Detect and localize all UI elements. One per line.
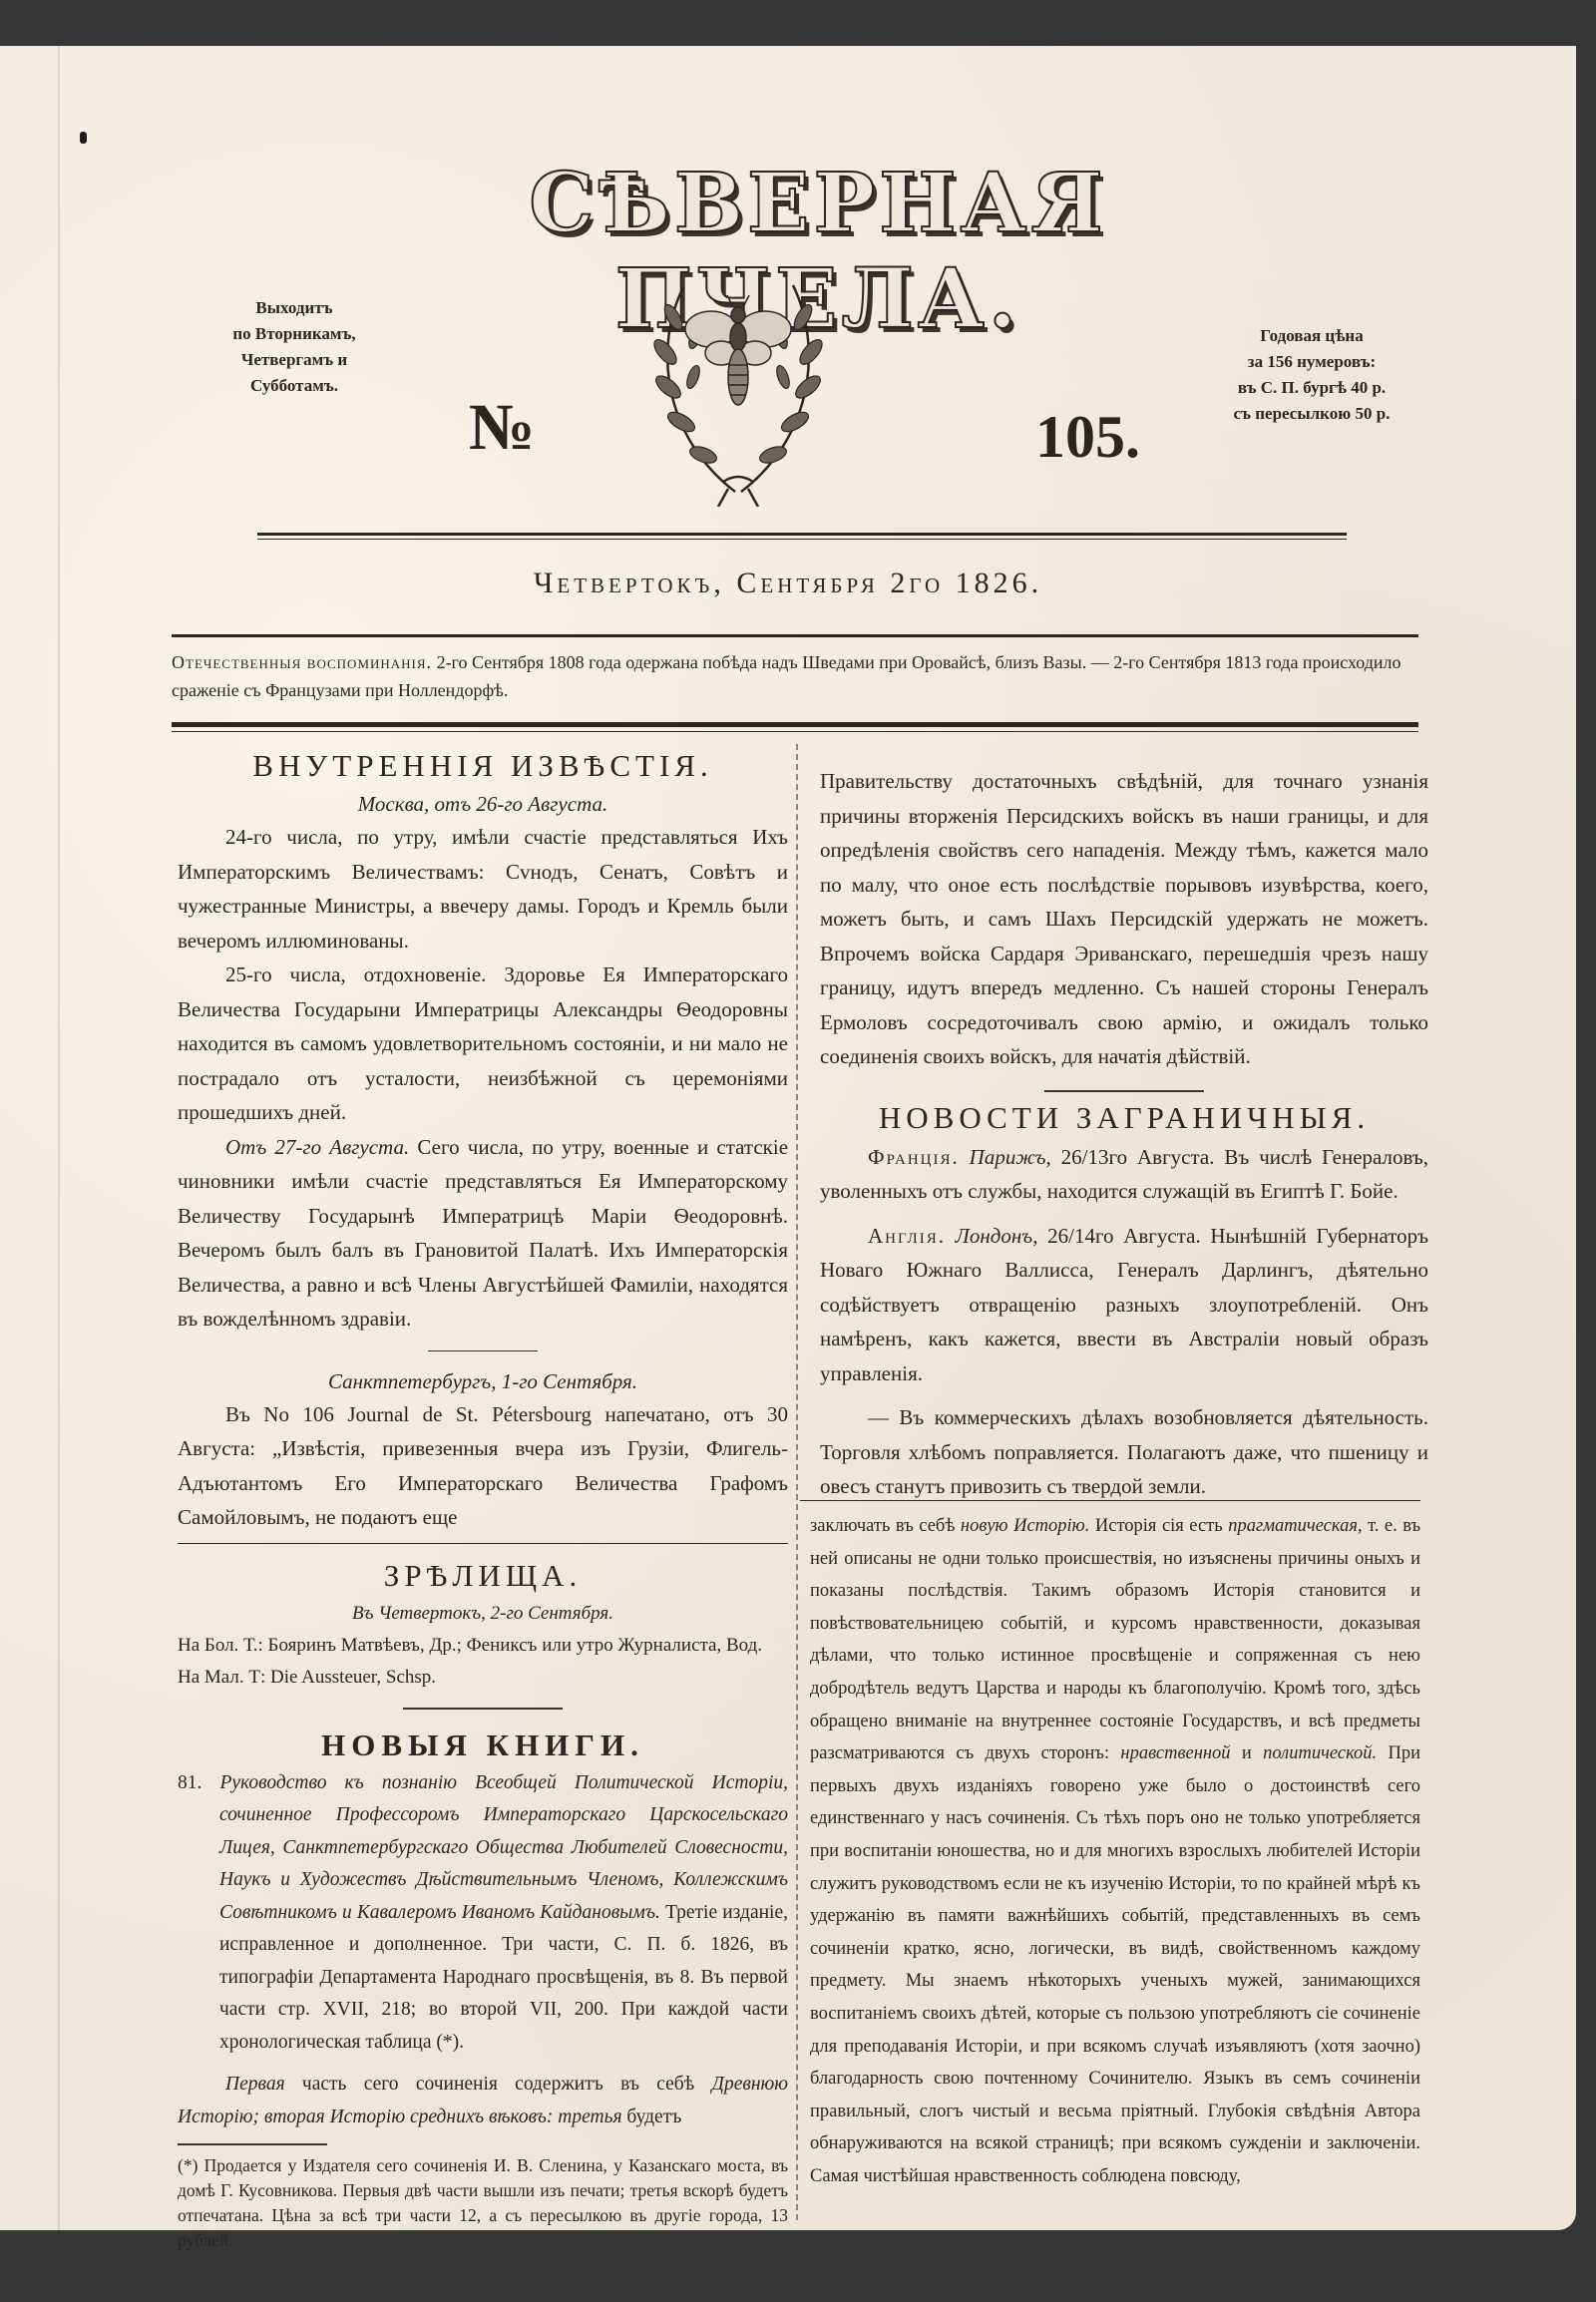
schedule-line: Четвергамъ и [209,347,379,373]
memorial-notice: Отечественныя воспоминанія. 2-го Сентябр… [172,648,1418,704]
dateline-moscow: Москва, отъ 26-го Августа. [178,788,788,820]
news-date: 26/14го Августа. [1047,1224,1201,1248]
schedule-line: Выходитъ [209,295,379,321]
dateline-theatre: Въ Четвертокъ, 2-го Сентября. [178,1598,788,1630]
masthead-rule-thin [257,539,1347,540]
newspaper-page: СѢВЕРНАЯ ПЧЕЛА. Выходитъ по Вторникамъ, … [0,46,1576,2230]
review-text: При первыхъ двухъ изданіяхъ говорено уже… [810,1743,1420,2186]
book-review: Первая часть сего сочиненія содержитъ въ… [178,2069,788,2133]
section-separator [403,1708,563,1710]
theatre-rule [178,1543,788,1544]
theatre-text: Die Aussteuer, Schsp. [270,1667,436,1688]
memorial-rule-thin [172,731,1418,732]
country-label: Англія. [868,1224,946,1248]
entry-number: 81. [178,1772,201,1793]
schedule-line: по Вторникамъ, [209,321,379,347]
review-italic: нравственной [1120,1743,1230,1763]
paragraph-text: Сего числа, по утру, военные и статскіе … [178,1135,788,1332]
column-divider [796,744,798,2220]
right-column: Правительству достаточныхъ свѣдѣній, для… [820,764,1428,1504]
review-text: и [1242,1743,1252,1763]
column-rule [800,1500,1420,1501]
footnote: (*) Продается у Издателя сего сочиненія … [178,2153,788,2253]
issue-date: Четвертокъ, Сентября 2го 1826. [259,567,1317,600]
issue-number: 105. [1035,403,1140,472]
article-paragraph: Отъ 27-го Августа. Сего числа, по утру, … [178,1130,788,1337]
footnote-rule [178,2143,327,2145]
review-text: т. е. въ ней описаны не одни только прои… [810,1516,1420,1763]
section-heading-foreign: НОВОСТИ ЗАГРАНИЧНЫЯ. [820,1096,1428,1140]
left-column: ВНУТРЕННІЯ ИЗВѢСТІЯ. Москва, отъ 26-го А… [178,744,788,2253]
theatre-listing: На Бол. Т.: Бояринъ Матвѣевъ, Др.; Феник… [178,1630,788,1662]
page-fold-line [58,46,60,2230]
news-france: Франція. Парижъ, 26/13го Августа. Въ чис… [820,1140,1428,1209]
review-italic: прагматическая, [1228,1516,1362,1536]
review-italic: новую Исторію. [961,1516,1089,1536]
theatre-label: На Мал. Т: [178,1667,265,1688]
book-entry: 81. Руководство къ познанію Всеобщей Пол… [178,1767,788,2060]
section-heading-domestic: ВНУТРЕННІЯ ИЗВѢСТІЯ. [178,744,788,788]
book-details: Третіе изданіе, исправленное и дополненн… [219,1902,788,2053]
ink-blot [80,132,87,144]
paragraph-lead: Отъ 27-го Августа. [225,1135,409,1159]
city-label: Парижъ, [970,1145,1051,1169]
news-commerce: — Въ коммерческихъ дѣлахъ возобновляется… [820,1400,1428,1504]
section-separator [1044,1090,1204,1092]
date-rule [172,634,1418,637]
news-date: 26/13го Августа. [1061,1145,1215,1169]
section-heading-books: НОВЫЯ КНИГИ. [178,1724,788,1767]
review-italic: Первая [225,2074,285,2095]
city-label: Лондонъ, [956,1224,1038,1248]
masthead-rule [257,533,1347,536]
right-column-review: заключать въ себѣ новую Исторію. Исторія… [810,1510,1420,2192]
book-title: Руководство къ познанію Всеобщей Политич… [219,1772,788,1923]
review-text: Исторія сія есть [1095,1516,1223,1536]
publication-schedule: Выходитъ по Вторникамъ, Четвергамъ и Суб… [209,295,379,399]
review-continuation: заключать въ себѣ новую Исторію. Исторія… [810,1510,1420,2192]
article-continuation: Правительству достаточныхъ свѣдѣній, для… [820,764,1428,1074]
theatre-text: Бояринъ Матвѣевъ, Др.; Фениксъ или утро … [268,1635,762,1656]
article-paragraph: 24-го числа, по утру, имѣли счастіе пред… [178,820,788,958]
schedule-line: Субботамъ. [209,373,379,399]
price-line: Годовая цѣна [1212,323,1411,349]
memorial-rule [172,722,1418,727]
review-text: часть сего сочиненія содержитъ въ себѣ [302,2074,694,2095]
dateline-spb: Санктпетербургъ, 1-го Сентября. [178,1365,788,1397]
section-heading-theatre: ЗРѢЛИЩА. [178,1554,788,1598]
price-line: за 156 нумеровъ: [1212,349,1411,375]
review-text: заключать въ себѣ [810,1516,955,1536]
numero-sign: № [469,390,535,466]
article-paragraph: Въ No 106 Journal de St. Pétersbourg нап… [178,1397,788,1535]
section-separator [428,1350,538,1351]
news-england: Англія. Лондонъ, 26/14го Августа. Нынѣшн… [820,1219,1428,1391]
review-text: будетъ [626,2107,681,2127]
price-line: въ С. П. бургѣ 40 р. [1212,375,1411,401]
review-italic: политической. [1263,1743,1377,1763]
theatre-label: На Бол. Т.: [178,1635,263,1656]
country-label: Франція. [868,1145,960,1169]
price-line: съ пересылкою 50 р. [1212,401,1411,427]
article-paragraph: 25-го числа, отдохновеніе. Здоровье Ея И… [178,958,788,1130]
bee-wreath-icon [623,267,853,507]
theatre-listing: На Мал. Т: Die Aussteuer, Schsp. [178,1662,788,1694]
memorial-lead: Отечественныя воспоминанія. [172,652,432,672]
subscription-price: Годовая цѣна за 156 нумеровъ: въ С. П. б… [1212,323,1411,427]
